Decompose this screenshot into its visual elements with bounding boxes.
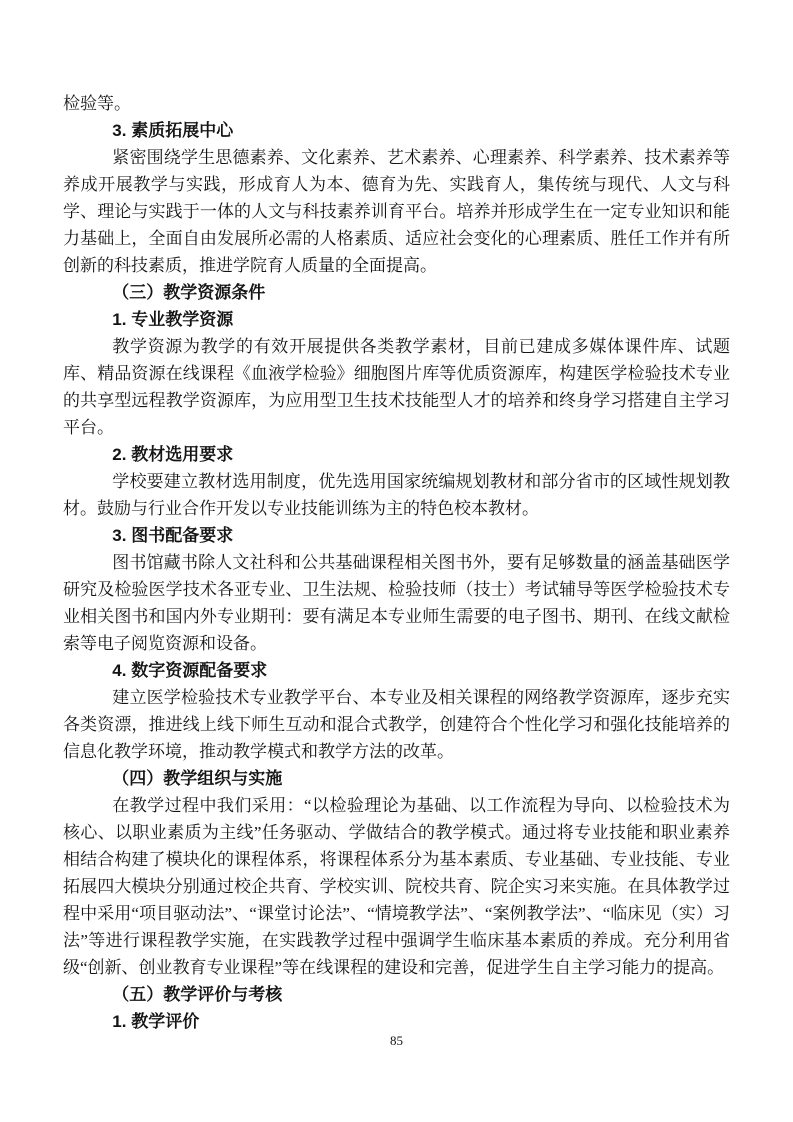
heading-quality-expansion-center: 3. 素质拓展中心: [63, 117, 730, 144]
heading-library-provision-requirements: 3. 图书配备要求: [63, 522, 730, 549]
paragraph-teaching-organization: 在教学过程中我们采用：“以检验理论为基础、以工作流程为导向、以检验技术为核心、以…: [63, 792, 730, 981]
paragraph-library-provision: 图书馆藏书除人文社科和公共基础课程相关图书外，要有足够数量的涵盖基础医学研究及检…: [63, 549, 730, 657]
heading-teaching-evaluation: 1. 教学评价: [63, 1008, 730, 1035]
heading-teaching-organization-implementation: （四）教学组织与实施: [63, 765, 730, 792]
paragraph-quality-expansion: 紧密围绕学生思德素养、文化素养、艺术素养、心理素养、科学素养、技术素养等养成开展…: [63, 144, 730, 279]
paragraph-tail: 检验等。: [63, 90, 730, 117]
document-page: 检验等。 3. 素质拓展中心 紧密围绕学生思德素养、文化素养、艺术素养、心理素养…: [0, 0, 793, 1122]
heading-teaching-evaluation-assessment: （五）教学评价与考核: [63, 981, 730, 1008]
heading-textbook-selection-requirements: 2. 教材选用要求: [63, 441, 730, 468]
heading-professional-teaching-resources: 1. 专业教学资源: [63, 306, 730, 333]
paragraph-textbook-selection: 学校要建立教材选用制度，优先选用国家统编规划教材和部分省市的区域性规划教材。鼓励…: [63, 468, 730, 522]
page-number: 85: [0, 1033, 793, 1049]
heading-digital-resource-requirements: 4. 数字资源配备要求: [63, 657, 730, 684]
heading-teaching-resource-conditions: （三）教学资源条件: [63, 279, 730, 306]
paragraph-professional-teaching-resources: 教学资源为教学的有效开展提供各类教学素材，目前已建成多媒体课件库、试题库、精品资…: [63, 333, 730, 441]
document-content: 检验等。 3. 素质拓展中心 紧密围绕学生思德素养、文化素养、艺术素养、心理素养…: [63, 90, 730, 1035]
paragraph-digital-resources: 建立医学检验技术专业教学平台、本专业及相关课程的网络教学资源库，逐步充实各类资漂…: [63, 684, 730, 765]
